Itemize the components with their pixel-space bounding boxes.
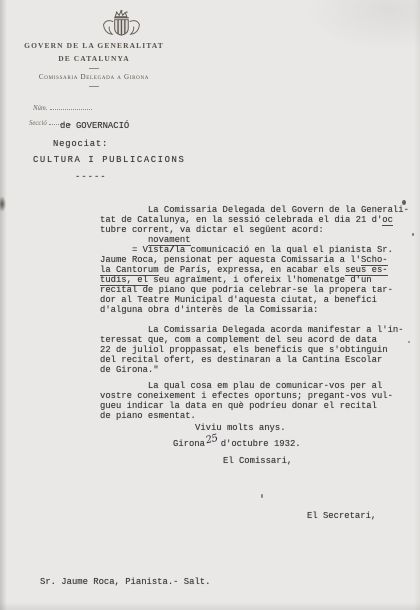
num-label: Núm. (33, 105, 48, 112)
typed-line: tubre corrent, va dictar el següent acor… (100, 225, 409, 235)
ink-blot (0, 196, 6, 212)
typed-line: la Cantorum de París, expressa, en acaba… (100, 265, 409, 275)
closing-salutation: Viviu molts anys. (195, 423, 286, 433)
typed-line: gueu indicar la data en què podríeu dona… (100, 401, 393, 411)
body-paragraph-1: La Comissaria Delegada del Govern de la … (100, 205, 409, 315)
typed-line: recital de piano que podria celebrar-se … (100, 285, 409, 295)
scan-speck (408, 341, 410, 343)
org-name-line2: DE CATALUNYA (14, 54, 174, 63)
seccio-label: Secció (29, 120, 47, 127)
date-line: Girona25d'octubre 1932. (173, 439, 301, 449)
place-name: Girona (173, 439, 205, 449)
seccio-value: de GOVERNACIÓ (60, 121, 129, 131)
signature-title-comissari: El Comissari, (223, 456, 292, 466)
typed-line: novament (100, 235, 409, 245)
scan-speck (402, 200, 406, 205)
letterhead-divider (89, 68, 99, 69)
typed-line: de Girona." (100, 365, 404, 375)
handwritten-day: 25 (205, 434, 219, 447)
scan-speck (412, 233, 414, 236)
typed-line: = Vista/la comunicació en la qual el pia… (100, 245, 409, 255)
typed-line: La Comissaria Delegada del Govern de la … (100, 205, 409, 215)
typed-line: d'alguna obra d'interès de la Comissaria… (100, 305, 409, 315)
typed-line: dor al Teatre Municipal d'aquesta ciutat… (100, 295, 409, 305)
typed-line: tat de Catalunya, en la sessió celebrada… (100, 215, 409, 225)
scan-speck (261, 494, 263, 498)
typed-line: La Comissaria Delegada acorda manifestar… (100, 325, 404, 335)
typed-line: La qual cosa em plau de comunicar-vos pe… (100, 381, 393, 391)
office-name: Comissaria Delegada a Girona (14, 73, 174, 81)
num-dotted-line (50, 104, 92, 110)
typed-line: 22 de juliol proppassat, els beneficis q… (100, 345, 404, 355)
typed-line: tudis, el seu agraïment, i ofereix l'hom… (100, 275, 409, 285)
body-paragraph-2: La Comissaria Delegada acorda manifestar… (100, 325, 404, 375)
date-text: d'octubre 1932. (221, 439, 301, 449)
typed-line: del recital ofert, es destinaran a la Ca… (100, 355, 404, 365)
org-name-line1: GOVERN DE LA GENERALITAT (14, 41, 174, 50)
typed-line: vostre coneixement i efectes oportuns; p… (100, 391, 393, 401)
coat-of-arms-icon (98, 9, 142, 42)
separator-dashes: ----- (75, 172, 107, 182)
num-field: Núm. (33, 104, 92, 112)
body-paragraph-3: La qual cosa em plau de comunicar-vos pe… (100, 381, 393, 421)
signature-title-secretari: El Secretari, (307, 511, 376, 521)
typed-line: Jaume Roca, pensionat per aquesta Comiss… (100, 255, 409, 265)
typed-line: teressat que, com a complement del seu a… (100, 335, 404, 345)
letterhead-divider (89, 86, 99, 87)
negociat-label: Negociat: (53, 139, 108, 149)
typed-line: de piano esmentat. (100, 411, 393, 421)
scanned-letter: GOVERN DE LA GENERALITAT DE CATALUNYA Co… (0, 0, 420, 610)
addressee-line: Sr. Jaume Roca, Pianista.- Salt. (40, 577, 210, 587)
department-value: CULTURA I PUBLICACIONS (33, 155, 185, 165)
